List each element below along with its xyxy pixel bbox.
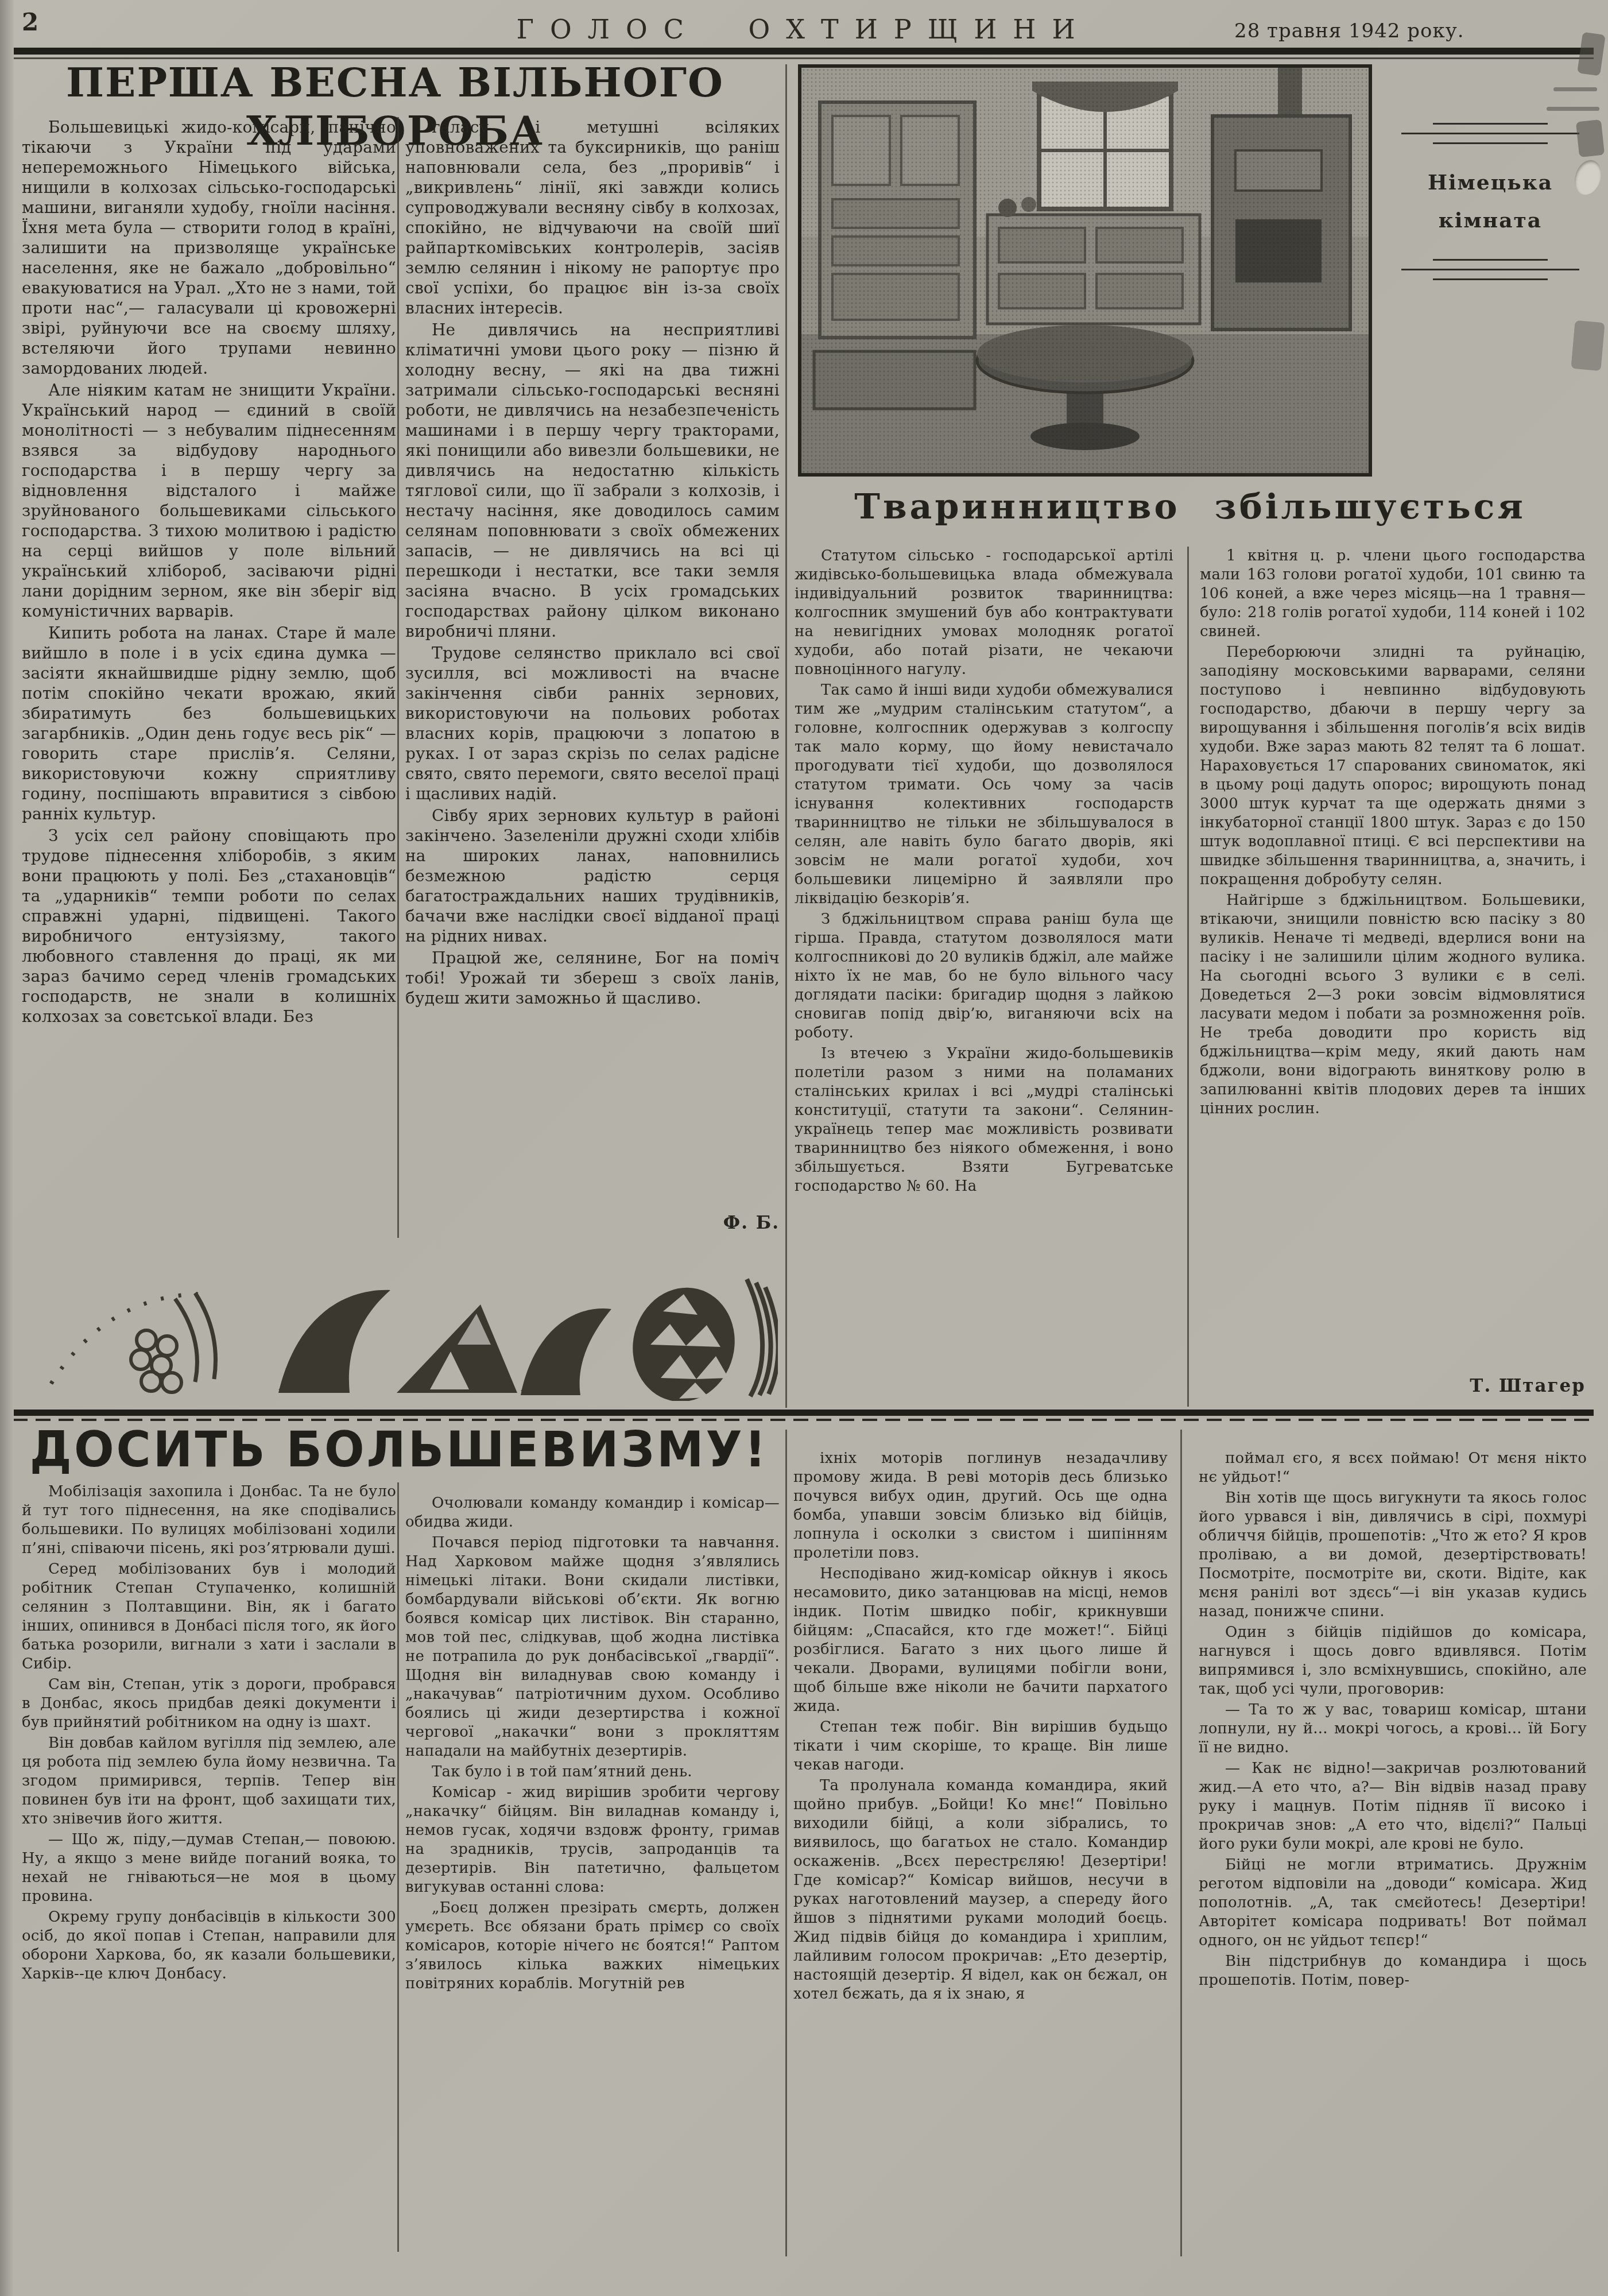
paragraph: Не дивлячись на несприятливі кліматичні … bbox=[405, 320, 780, 641]
article-spring-column-1: Большевицькі жидо-комісари, панічно тіка… bbox=[22, 117, 396, 1240]
paragraph: Сам він, Степан, утік з дороги, пробравс… bbox=[22, 1675, 396, 1732]
caption-rule bbox=[1433, 278, 1548, 280]
paragraph: Очолювали команду командир і комісар—оби… bbox=[405, 1494, 780, 1532]
article-enough-column-1: Мобілізація захопила і Донбас. Та не бул… bbox=[22, 1482, 396, 2269]
paragraph: Серед мобілізованих був і молодий робітн… bbox=[22, 1560, 396, 1674]
paragraph: Степан теж побіг. Він вирішив будьщо тік… bbox=[793, 1718, 1168, 1775]
paragraph: Статутом сільсько - господарської артілі… bbox=[795, 547, 1173, 679]
paragraph: „Боєц должен презірать смєрть, должен ум… bbox=[405, 1899, 780, 1993]
folk-ornament bbox=[32, 1259, 778, 1403]
article-spring-byline: Ф. Б. bbox=[405, 1213, 800, 1233]
column-rule bbox=[785, 64, 787, 1408]
article-enough-column-4: поймал єго, я всєх поймаю! От мєня нікто… bbox=[1199, 1449, 1587, 2269]
scan-edge-shadow bbox=[0, 0, 14, 2296]
section-divider-rule bbox=[13, 1410, 1594, 1416]
paragraph: — Как нє відно!—закричав розлютований жи… bbox=[1199, 1759, 1587, 1854]
caption-rule bbox=[1433, 123, 1548, 125]
photo-figure bbox=[798, 64, 1372, 477]
paragraph: іхніх моторів поглинув незадачливу промо… bbox=[793, 1449, 1168, 1563]
column-rule bbox=[1180, 1430, 1182, 2256]
paragraph: Трудове селянство приклало всі свої зуси… bbox=[405, 643, 780, 804]
print-bleed-mark bbox=[1547, 107, 1599, 111]
print-bleed-mark bbox=[1576, 119, 1605, 157]
article-livestock-title: Тваринництво збільшується bbox=[792, 487, 1588, 527]
paragraph: — Та то ж у вас, товариш комісар, штани … bbox=[1199, 1701, 1587, 1757]
section-divider-wavy bbox=[13, 1419, 1594, 1421]
paragraph: Так було і в той пам’ятний день. bbox=[405, 1763, 780, 1782]
article-livestock-column-1: Статутом сільсько - господарської артілі… bbox=[795, 547, 1173, 1408]
column-rule bbox=[785, 1430, 787, 2256]
caption-rule bbox=[1401, 269, 1579, 270]
paragraph: Кипить робота на ланах. Старе й мале вий… bbox=[22, 623, 396, 824]
paragraph: Працюй же, селянине, Бог на поміч тобі! … bbox=[405, 948, 780, 1008]
column-rule bbox=[397, 1482, 399, 2252]
article-spring-column-2: галасу і метушні всіляких уповноважених … bbox=[405, 117, 780, 1211]
paragraph: Та пролунала команда командира, який щой… bbox=[793, 1776, 1168, 2004]
print-bleed-mark bbox=[1577, 32, 1606, 76]
paragraph: З бджільництвом справа раніш була ще гір… bbox=[795, 910, 1173, 1043]
paragraph: Переборюючи злидні та руйнацію, заподіян… bbox=[1200, 643, 1586, 889]
paragraph: Окрему групу донбасівців в кількости 300… bbox=[22, 1908, 396, 1984]
paragraph: Із втечею з України жидо-большевиків пол… bbox=[795, 1044, 1173, 1196]
photo-german-room-illustration bbox=[798, 64, 1372, 477]
article-livestock-column-2: 1 квітня ц. р. члени цього господарства … bbox=[1200, 547, 1586, 1371]
paragraph: Большевицькі жидо-комісари, панічно тіка… bbox=[22, 117, 396, 378]
paragraph: Так само й інші види худоби обмежувалися… bbox=[795, 681, 1173, 908]
paragraph: Мобілізація захопила і Донбас. Та не бул… bbox=[22, 1482, 396, 1558]
article-enough-title: ДОСИТЬ БОЛЬШЕВИЗМУ! bbox=[17, 1422, 781, 1478]
photo-caption: Німецька кімната bbox=[1421, 164, 1559, 239]
paragraph: Але ніяким катам не знищити України. Укр… bbox=[22, 380, 396, 621]
column-rule bbox=[397, 117, 399, 1238]
paragraph: поймал єго, я всєх поймаю! От мєня нікто… bbox=[1199, 1449, 1587, 1487]
article-livestock-byline: Т. Штагер bbox=[1200, 1376, 1606, 1396]
paragraph: Сівбу ярих зернових культур в районі зак… bbox=[405, 806, 780, 946]
print-bleed-mark bbox=[1571, 320, 1605, 371]
paragraph: Найгірше з бджільництвом. Большевики, вт… bbox=[1200, 891, 1586, 1118]
paragraph: Комісар - жид вирішив зробити чергову „н… bbox=[405, 1783, 780, 1897]
page-number: 2 bbox=[22, 8, 38, 36]
paragraph: Несподівано жид-комісар ойкнув і якось н… bbox=[793, 1565, 1168, 1716]
caption-rule bbox=[1433, 142, 1548, 144]
paragraph: — Що ж, піду,—думав Степан,— повоюю. Ну,… bbox=[22, 1830, 396, 1906]
masthead-title: ГОЛОС ОХТИРЩИНИ bbox=[402, 14, 1206, 45]
paragraph: Він хотів ще щось вигукнути та якось гол… bbox=[1199, 1489, 1587, 1621]
caption-rule bbox=[1433, 259, 1548, 261]
column-rule bbox=[1187, 547, 1189, 1407]
print-bleed-mark bbox=[1553, 87, 1597, 91]
paragraph: З усіх сел району сповіщають про трудове… bbox=[22, 826, 396, 1027]
paragraph: Почався період підготовки та навчання. Н… bbox=[405, 1534, 780, 1761]
paragraph: галасу і метушні всіляких уповноважених … bbox=[405, 117, 780, 318]
paragraph: Він довбав кайлом вугілля під землею, ал… bbox=[22, 1734, 396, 1829]
paragraph: Бійці не могли втриматись. Дружнім регот… bbox=[1199, 1856, 1587, 1950]
paragraph: 1 квітня ц. р. члени цього господарства … bbox=[1200, 547, 1586, 641]
article-enough-column-2: Очолювали команду командир і комісар—оби… bbox=[405, 1494, 780, 2269]
paragraph: Він підстрибнув до командира і щось прош… bbox=[1199, 1952, 1587, 1990]
issue-date: 28 травня 1942 року. bbox=[1234, 20, 1464, 42]
header-rule-thick bbox=[13, 48, 1594, 55]
caption-rule bbox=[1401, 133, 1579, 134]
newspaper-page: 2 ГОЛОС ОХТИРЩИНИ 28 травня 1942 року. П… bbox=[0, 0, 1608, 2296]
photo-caption-block: Німецька кімната bbox=[1387, 115, 1594, 288]
paragraph: Один з бійців підійшов до комісара, нагн… bbox=[1199, 1623, 1587, 1699]
article-enough-column-3: іхніх моторів поглинув незадачливу промо… bbox=[793, 1449, 1168, 2269]
